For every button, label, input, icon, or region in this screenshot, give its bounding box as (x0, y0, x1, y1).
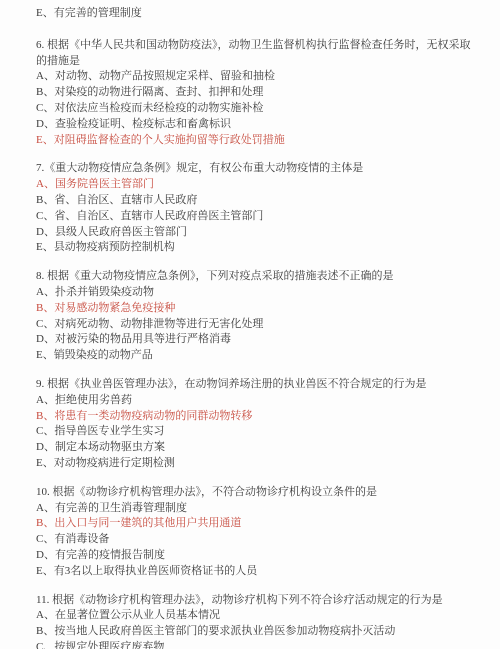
question-option: D、对被污染的物品用具等进行严格消毒 (36, 332, 478, 348)
question-5-partial: E、有完善的管理制度 (36, 6, 478, 22)
question-option: E、对动物疫病进行定期检测 (36, 456, 478, 472)
question-stem: 10. 根据《动物诊疗机构管理办法》，不符合动物诊疗机构设立条件的是 (36, 485, 478, 501)
question-stem: 8. 根据《重大动物疫情应急条例》，下列对疫点采取的措施表述不正确的是 (36, 269, 478, 285)
question-option: C、有消毒设备 (36, 532, 478, 548)
question-option: A、拒绝使用劣兽药 (36, 393, 478, 409)
question-11: 11. 根据《动物诊疗机构管理办法》，动物诊疗机构下列不符合诊疗活动规定的行为是… (36, 593, 478, 649)
question-option: C、指导兽医专业学生实习 (36, 424, 478, 440)
question-option: A、扑杀并销毁染疫动物 (36, 285, 478, 301)
question-option: D、县级人民政府兽医主管部门 (36, 225, 478, 241)
question-option: C、对病死动物、动物排泄物等进行无害化处理 (36, 317, 478, 333)
question-option-answer: B、将患有一类动物疫病动物的同群动物转移 (36, 409, 478, 425)
question-option: A、对动物、动物产品按照规定采样、留验和抽检 (36, 69, 478, 85)
question-option-answer: A、国务院兽医主管部门 (36, 177, 478, 193)
question-10: 10. 根据《动物诊疗机构管理办法》，不符合动物诊疗机构设立条件的是 A、有完善… (36, 485, 478, 580)
question-option-answer: E、对阻碍监督检查的个人实施拘留等行政处罚措施 (36, 133, 478, 149)
question-option: A、在显著位置公示从业人员基本情况 (36, 608, 478, 624)
question-option: B、按当地人民政府兽医主管部门的要求派执业兽医参加动物疫病扑灭活动 (36, 624, 478, 640)
question-option-answer: B、对易感动物紧急免疫接种 (36, 301, 478, 317)
question-option: D、制定本场动物驱虫方案 (36, 440, 478, 456)
question-8: 8. 根据《重大动物疫情应急条例》，下列对疫点采取的措施表述不正确的是 A、扑杀… (36, 269, 478, 364)
question-option: E、有3名以上取得执业兽医师资格证书的人员 (36, 564, 478, 580)
question-stem: 11. 根据《动物诊疗机构管理办法》，动物诊疗机构下列不符合诊疗活动规定的行为是 (36, 593, 478, 609)
question-7: 7.《重大动物疫情应急条例》规定，有权公布重大动物疫情的主体是 A、国务院兽医主… (36, 161, 478, 256)
question-stem: 7.《重大动物疫情应急条例》规定，有权公布重大动物疫情的主体是 (36, 161, 478, 177)
question-option: A、有完善的卫生消毒管理制度 (36, 501, 478, 517)
question-6: 6. 根据《中华人民共和国动物防疫法》，动物卫生监督机构执行监督检查任务时，无权… (36, 38, 478, 149)
question-stem: 6. 根据《中华人民共和国动物防疫法》，动物卫生监督机构执行监督检查任务时，无权… (36, 38, 478, 70)
question-option: D、有完善的疫情报告制度 (36, 548, 478, 564)
question-option: E、县动物疫病预防控制机构 (36, 240, 478, 256)
question-option: C、省、自治区、直辖市人民政府兽医主管部门 (36, 209, 478, 225)
question-option-answer: B、出入口与同一建筑的其他用户共用通道 (36, 516, 478, 532)
question-option: D、查验检疫证明、检疫标志和畜禽标识 (36, 117, 478, 133)
question-option: E、销毁染疫的动物产品 (36, 348, 478, 364)
question-option: B、省、自治区、直辖市人民政府 (36, 193, 478, 209)
question-9: 9. 根据《执业兽医管理办法》，在动物饲养场注册的执业兽医不符合规定的行为是 A… (36, 377, 478, 472)
question-option: C、按规定处理医疗废弃物 (36, 640, 478, 649)
quiz-document: E、有完善的管理制度 6. 根据《中华人民共和国动物防疫法》，动物卫生监督机构执… (0, 0, 500, 649)
question-option: E、有完善的管理制度 (36, 6, 478, 22)
question-option: B、对染疫的动物进行隔离、查封、扣押和处理 (36, 85, 478, 101)
question-stem: 9. 根据《执业兽医管理办法》，在动物饲养场注册的执业兽医不符合规定的行为是 (36, 377, 478, 393)
question-option: C、对依法应当检疫而未经检疫的动物实施补检 (36, 101, 478, 117)
